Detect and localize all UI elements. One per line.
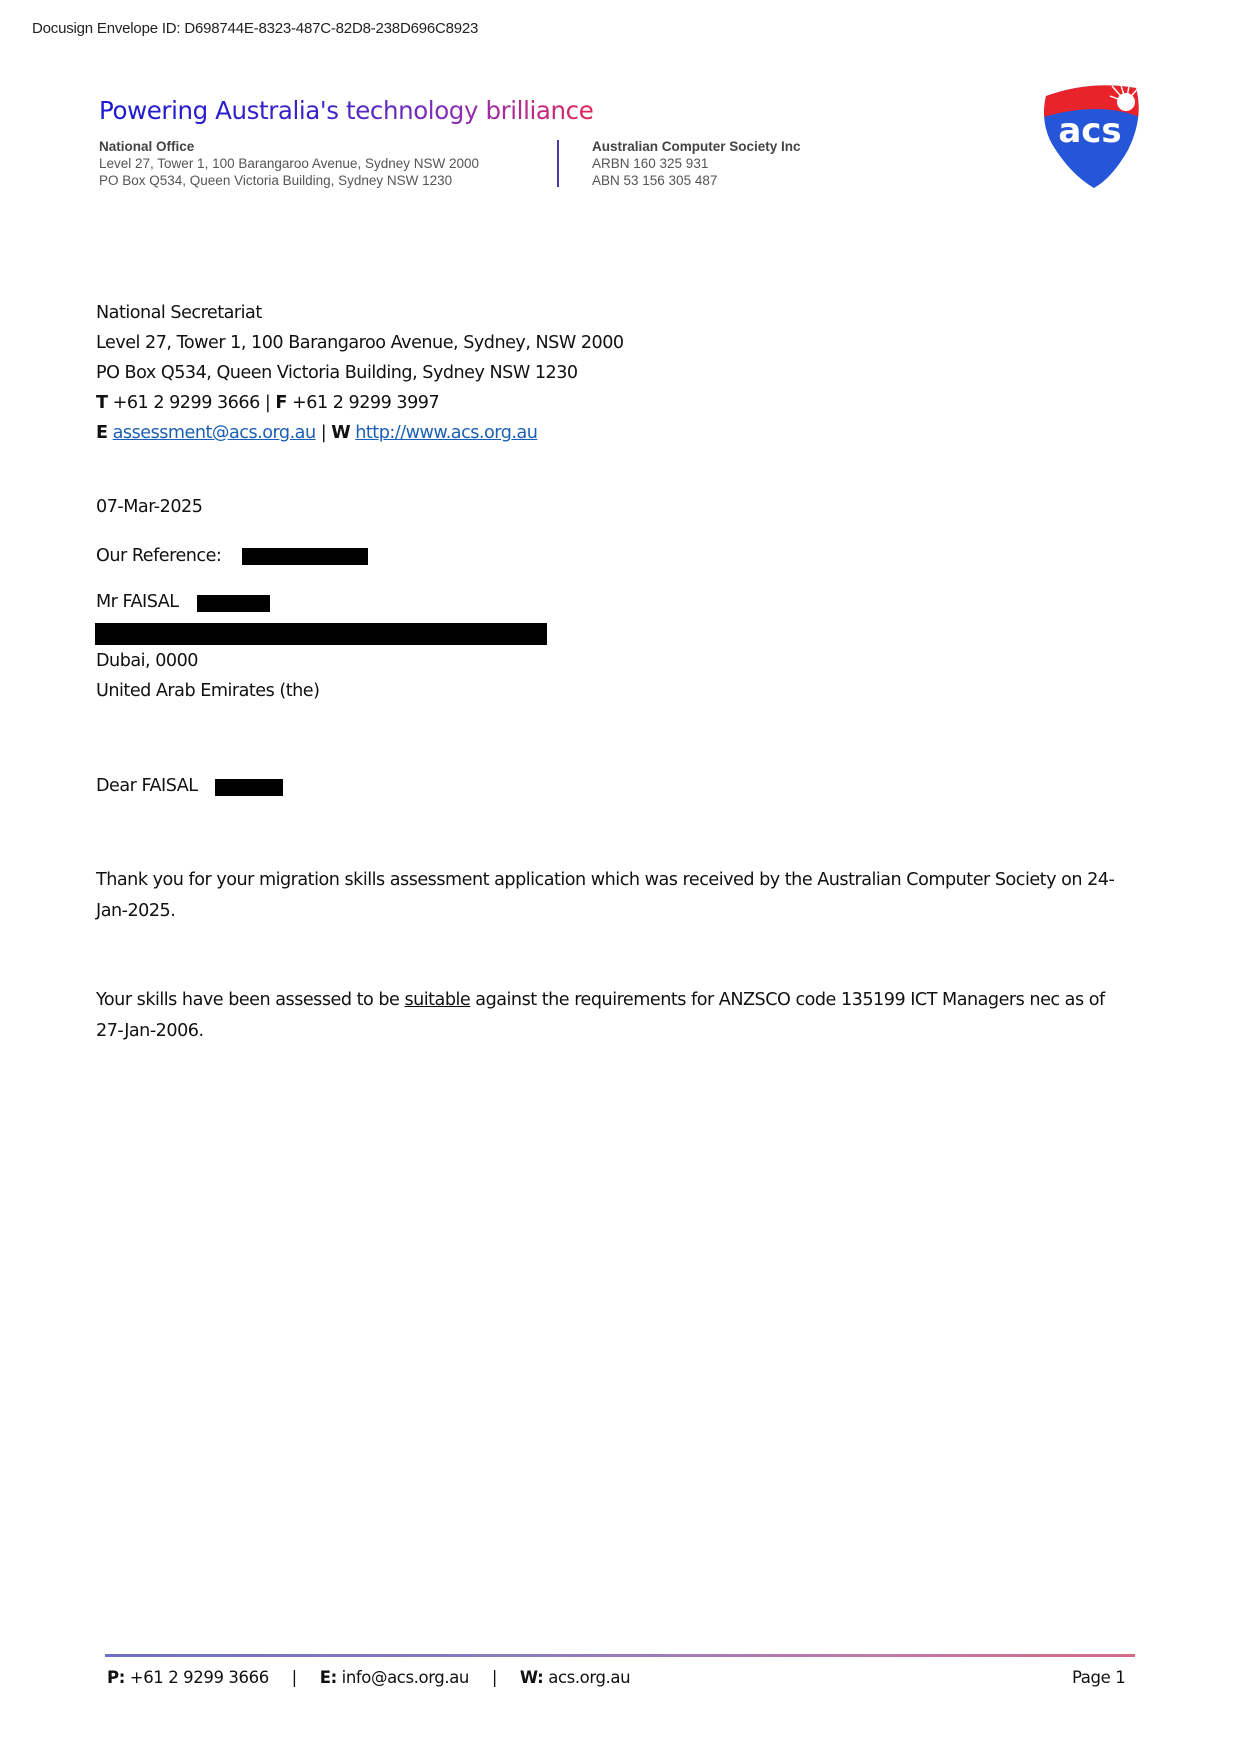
sender-fax: +61 2 9299 3997	[292, 393, 439, 413]
footer-phone: +61 2 9299 3666	[130, 1668, 269, 1687]
sender-web-link[interactable]: http://www.acs.org.au	[355, 423, 537, 443]
sender-name: National Secretariat	[96, 298, 624, 328]
sender-address-block: National Secretariat Level 27, Tower 1, …	[96, 298, 624, 448]
footer-phone-label: P:	[107, 1668, 125, 1687]
outcome-text-before: Your skills have been assessed to be	[96, 990, 404, 1010]
redacted-street-address	[95, 623, 547, 645]
society-arbn: ARBN 160 325 931	[592, 155, 801, 172]
separator: |	[321, 423, 326, 443]
redacted-surname	[197, 595, 270, 612]
reference-label: Our Reference:	[96, 546, 221, 566]
national-office-line2: PO Box Q534, Queen Victoria Building, Sy…	[99, 172, 479, 189]
separator: |	[265, 393, 270, 413]
footer-web: acs.org.au	[548, 1668, 630, 1687]
email-label: E	[96, 423, 108, 443]
national-office-title: National Office	[99, 138, 479, 155]
footer-divider	[105, 1654, 1135, 1657]
outcome-result: suitable	[404, 990, 470, 1010]
salutation-text: Dear FAISAL	[96, 776, 198, 796]
footer-email-label: E:	[320, 1668, 337, 1687]
header-divider	[557, 140, 559, 187]
footer-contact: P: +61 2 9299 3666 | E: info@acs.org.au …	[107, 1668, 630, 1687]
recipient-city: Dubai, 0000	[96, 651, 198, 671]
footer-email: info@acs.org.au	[342, 1668, 469, 1687]
paragraph-receipt: Thank you for your migration skills asse…	[96, 865, 1136, 927]
web-label: W	[331, 423, 350, 443]
sender-phone-fax: T +61 2 9299 3666 | F +61 2 9299 3997	[96, 388, 624, 418]
society-info-block: Australian Computer Society Inc ARBN 160…	[592, 138, 801, 189]
separator: |	[492, 1668, 497, 1687]
society-abn: ABN 53 156 305 487	[592, 172, 801, 189]
separator: |	[292, 1668, 297, 1687]
recipient-country: United Arab Emirates (the)	[96, 681, 319, 701]
sender-email-web: E assessment@acs.org.au | W http://www.a…	[96, 418, 624, 448]
page-number: Page 1	[1072, 1668, 1125, 1687]
sender-email-link[interactable]: assessment@acs.org.au	[113, 423, 316, 443]
redacted-reference	[242, 548, 368, 565]
redacted-salutation-surname	[215, 779, 283, 796]
acs-logo-icon: acs	[1040, 78, 1142, 190]
recipient-name: Mr FAISAL	[96, 592, 179, 612]
docusign-envelope-id: Docusign Envelope ID: D698744E-8323-487C…	[32, 20, 478, 37]
phone-label: T	[96, 393, 108, 413]
paragraph-outcome: Your skills have been assessed to be sui…	[96, 985, 1136, 1047]
letter-date: 07-Mar-2025	[96, 497, 202, 517]
sender-address2: PO Box Q534, Queen Victoria Building, Sy…	[96, 358, 624, 388]
society-name: Australian Computer Society Inc	[592, 138, 801, 155]
footer-web-label: W:	[520, 1668, 544, 1687]
fax-label: F	[275, 393, 287, 413]
sender-address1: Level 27, Tower 1, 100 Barangaroo Avenue…	[96, 328, 624, 358]
logo-text: acs	[1058, 111, 1121, 151]
letterhead-tagline: Powering Australia's technology brillian…	[99, 96, 593, 125]
national-office-line1: Level 27, Tower 1, 100 Barangaroo Avenue…	[99, 155, 479, 172]
sender-phone: +61 2 9299 3666	[113, 393, 260, 413]
national-office-block: National Office Level 27, Tower 1, 100 B…	[99, 138, 479, 189]
